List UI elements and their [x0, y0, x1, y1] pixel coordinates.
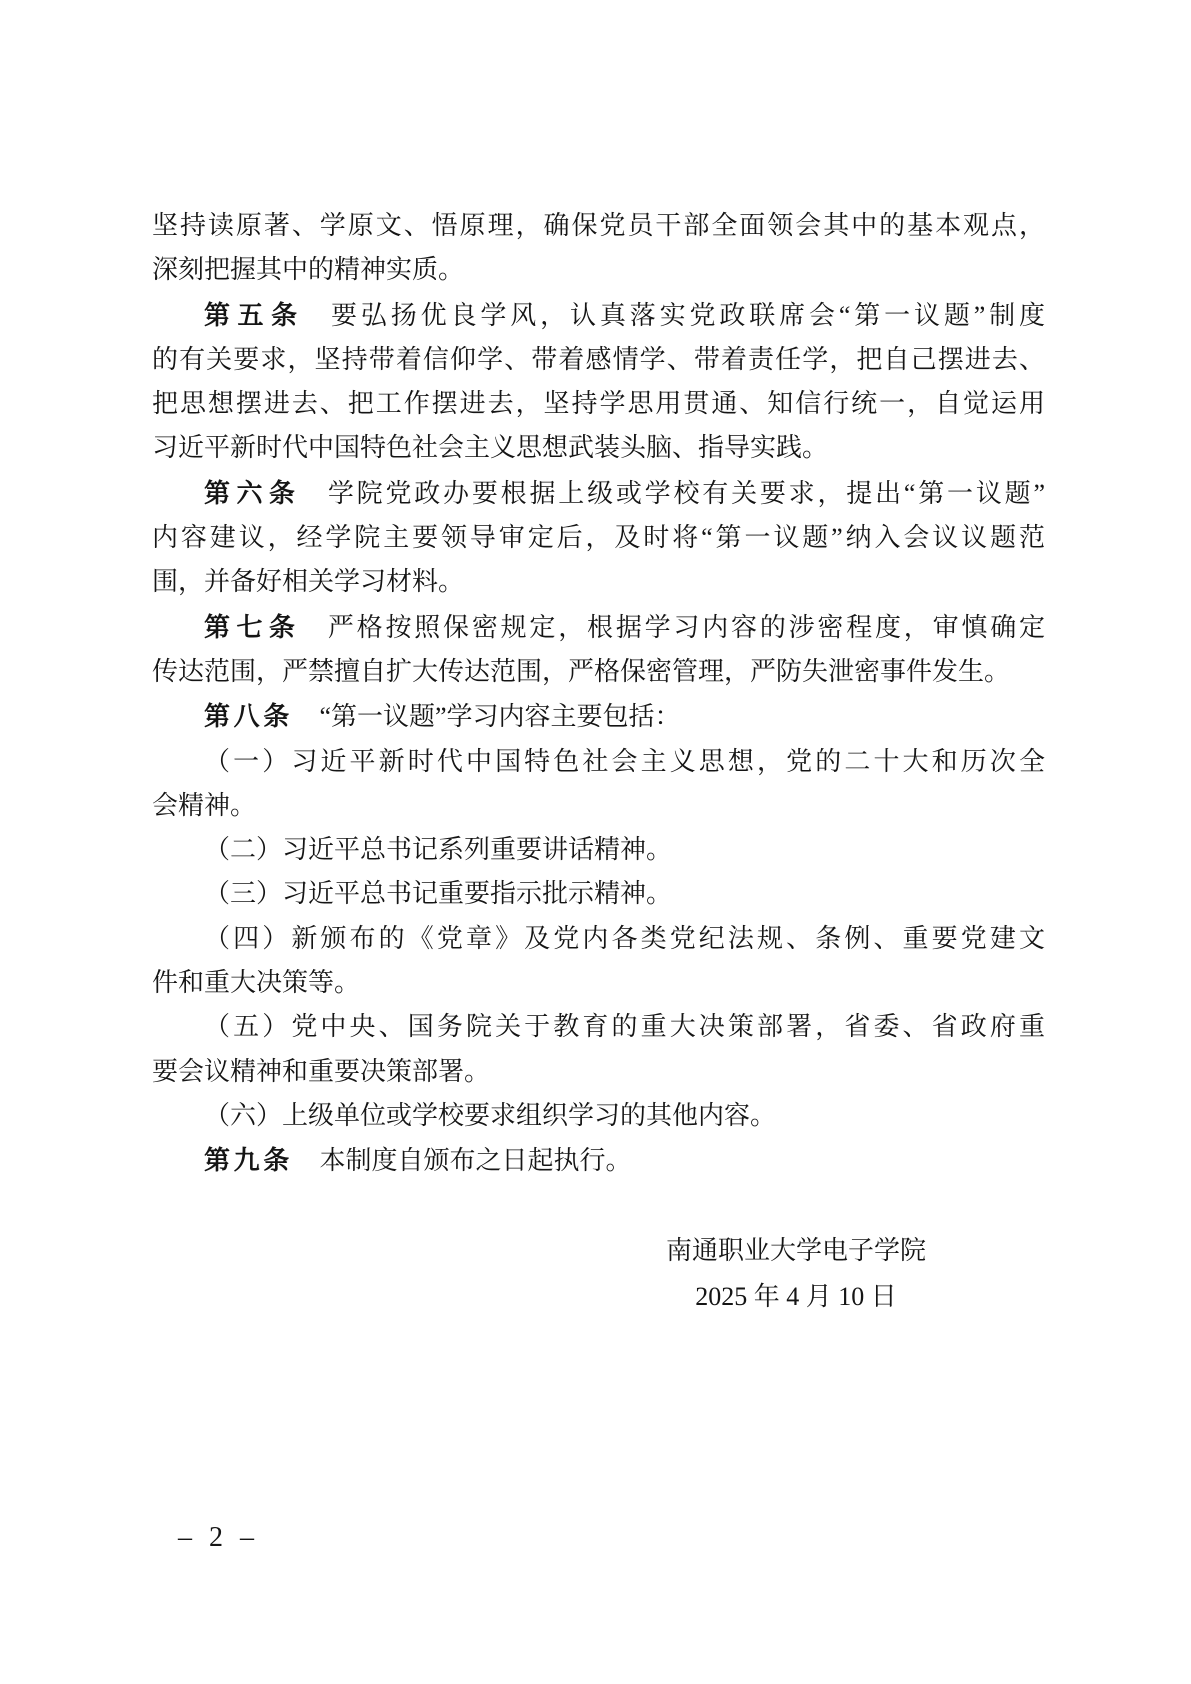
- text-line: 第九条本制度自颁布之日起执行。: [152, 1138, 1045, 1183]
- paragraph: 坚持读原著、学原文、悟原理，确保党员干部全面领会其中的基本观点，深刻把握其中的精…: [152, 204, 1045, 293]
- text-line: 传达范围，严禁擅自扩大传达范围，严格保密管理，严防失泄密事件发生。: [152, 650, 1045, 694]
- article-number: 第七条: [204, 612, 301, 642]
- article-text: 学院党政办要根据上级或学校有关要求，提出“第一议题”: [328, 479, 1045, 508]
- paragraph: 第八条“第一议题”学习内容主要包括：: [152, 694, 1045, 739]
- text-line: 的有关要求，坚持带着信仰学、带着感情学、带着责任学，把自己摆进去、: [152, 338, 1045, 382]
- text-line: 要会议精神和重要决策部署。: [152, 1050, 1045, 1094]
- document-page: 坚持读原著、学原文、悟原理，确保党员干部全面领会其中的基本观点，深刻把握其中的精…: [0, 0, 1191, 1684]
- paragraph: （二）习近平总书记系列重要讲话精神。: [152, 828, 1045, 872]
- article-text: 本制度自颁布之日起执行。: [319, 1146, 631, 1175]
- article-number: 第九条: [204, 1145, 293, 1175]
- signature-date: 2025 年 4 月 10 日: [636, 1274, 956, 1320]
- paragraph: 第九条本制度自颁布之日起执行。: [152, 1138, 1045, 1183]
- signature-block: 南通职业大学电子学院 2025 年 4 月 10 日: [636, 1228, 956, 1320]
- signature-org: 南通职业大学电子学院: [636, 1228, 956, 1274]
- text-line: 会精神。: [152, 784, 1045, 828]
- text-line: 第五条要弘扬优良学风，认真落实党政联席会“第一议题”制度: [152, 293, 1045, 338]
- article-text: 严格按照保密规定，根据学习内容的涉密程度，审慎确定: [328, 613, 1045, 642]
- paragraph: （三）习近平总书记重要指示批示精神。: [152, 872, 1045, 916]
- text-line: （一）习近平新时代中国特色社会主义思想，党的二十大和历次全: [152, 740, 1045, 784]
- paragraph: 第五条要弘扬优良学风，认真落实党政联席会“第一议题”制度的有关要求，坚持带着信仰…: [152, 293, 1045, 471]
- article-text: 要弘扬优良学风，认真落实党政联席会“第一议题”制度: [331, 301, 1045, 330]
- paragraph: （六）上级单位或学校要求组织学习的其他内容。: [152, 1094, 1045, 1138]
- text-line: 第七条严格按照保密规定，根据学习内容的涉密程度，审慎确定: [152, 605, 1045, 650]
- paragraph: （一）习近平新时代中国特色社会主义思想，党的二十大和历次全会精神。: [152, 740, 1045, 829]
- article-number: 第六条: [204, 478, 301, 508]
- text-line: 坚持读原著、学原文、悟原理，确保党员干部全面领会其中的基本观点，: [152, 204, 1045, 248]
- text-line: 把思想摆进去、把工作摆进去，坚持学思用贯通、知信行统一，自觉运用: [152, 382, 1045, 426]
- text-line: 第六条学院党政办要根据上级或学校有关要求，提出“第一议题”: [152, 471, 1045, 516]
- text-line: 习近平新时代中国特色社会主义思想武装头脑、指导实践。: [152, 426, 1045, 470]
- text-line: （二）习近平总书记系列重要讲话精神。: [152, 828, 1045, 872]
- text-line: （三）习近平总书记重要指示批示精神。: [152, 872, 1045, 916]
- text-line: 深刻把握其中的精神实质。: [152, 248, 1045, 292]
- text-line: （四）新颁布的《党章》及党内各类党纪法规、条例、重要党建文: [152, 917, 1045, 961]
- article-text: “第一议题”学习内容主要包括：: [319, 702, 680, 731]
- text-line: 件和重大决策等。: [152, 961, 1045, 1005]
- page-number: – 2 –: [178, 1522, 256, 1554]
- text-line: （六）上级单位或学校要求组织学习的其他内容。: [152, 1094, 1045, 1138]
- article-number: 第五条: [204, 300, 305, 330]
- paragraph: 第七条严格按照保密规定，根据学习内容的涉密程度，审慎确定传达范围，严禁擅自扩大传…: [152, 605, 1045, 695]
- paragraph: （四）新颁布的《党章》及党内各类党纪法规、条例、重要党建文件和重大决策等。: [152, 917, 1045, 1006]
- document-body: 坚持读原著、学原文、悟原理，确保党员干部全面领会其中的基本观点，深刻把握其中的精…: [152, 204, 1045, 1320]
- text-line: 围，并备好相关学习材料。: [152, 560, 1045, 604]
- paragraph: 第六条学院党政办要根据上级或学校有关要求，提出“第一议题”内容建议，经学院主要领…: [152, 471, 1045, 605]
- text-line: 内容建议，经学院主要领导审定后，及时将“第一议题”纳入会议议题范: [152, 516, 1045, 560]
- text-line: （五）党中央、国务院关于教育的重大决策部署，省委、省政府重: [152, 1005, 1045, 1049]
- text-line: 第八条“第一议题”学习内容主要包括：: [152, 694, 1045, 739]
- paragraph: （五）党中央、国务院关于教育的重大决策部署，省委、省政府重要会议精神和重要决策部…: [152, 1005, 1045, 1094]
- article-number: 第八条: [204, 701, 293, 731]
